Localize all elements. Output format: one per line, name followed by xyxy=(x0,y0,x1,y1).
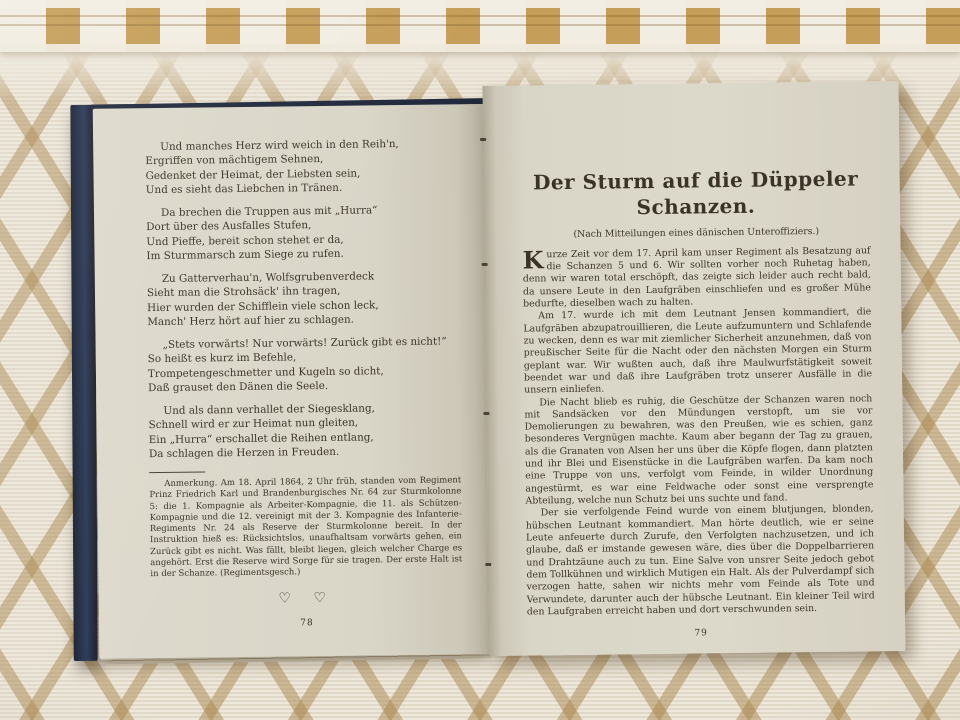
chapter-title: Der Sturm auf die Düppeler Schanzen. xyxy=(521,165,870,222)
poem: Und manches Herz wird weich in den Reih'… xyxy=(145,136,461,461)
drop-cap: K xyxy=(522,249,546,270)
open-book: Und manches Herz wird weich in den Reih'… xyxy=(64,79,909,673)
poem-stanza: Und als dann verhallet der Siegesklang, … xyxy=(148,400,461,461)
left-page: Und manches Herz wird weich in den Reih'… xyxy=(93,104,490,659)
body-paragraph: Der sie verfolgende Feind wurde von eine… xyxy=(526,504,875,619)
gutter-stitch xyxy=(483,412,489,415)
gutter-stitch xyxy=(480,138,486,141)
body-paragraph: Die Nacht blieb es ruhig, die Geschütze … xyxy=(524,393,873,508)
footnote: Anmerkung. Am 18. April 1864, 2 Uhr früh… xyxy=(149,475,462,580)
right-page-content: Der Sturm auf die Düppeler Schanzen. (Na… xyxy=(482,81,905,656)
poem-stanza: Und manches Herz wird weich in den Reih'… xyxy=(145,136,458,197)
poem-stanza: „Stets vorwärts! Nur vorwärts! Zurück gi… xyxy=(148,334,461,395)
footnote-source: (Regimentsgesch.) xyxy=(220,568,300,579)
gutter-stitch xyxy=(482,263,488,266)
body-paragraph: Am 17. wurde ich mit dem Leutnant Jensen… xyxy=(523,307,872,397)
paragraph-text: urze Zeit vor dem 17. April kam unser Re… xyxy=(523,245,871,309)
hearts-ornament: ♡ ♡ xyxy=(151,588,463,608)
page-number-right: 79 xyxy=(527,626,875,640)
gutter-stitch xyxy=(485,563,491,566)
chapter-subtitle: (Nach Mitteilungen eines dänischen Unter… xyxy=(522,225,870,240)
poem-stanza: Da brechen die Truppen aus mit „Hurra“ D… xyxy=(146,202,459,263)
body-paragraph: Kurze Zeit vor dem 17. April kam unser R… xyxy=(522,245,871,311)
footnote-text: Anmerkung. Am 18. April 1864, 2 Uhr früh… xyxy=(149,475,462,579)
left-page-content: Und manches Herz wird weich in den Reih'… xyxy=(93,104,490,659)
rug-border-stripe xyxy=(0,0,960,52)
poem-stanza: Zu Gatterverhau'n, Wolfsgrubenverdeck Si… xyxy=(147,268,460,329)
right-page: Der Sturm auf die Düppeler Schanzen. (Na… xyxy=(482,81,905,656)
photo-scene: Und manches Herz wird weich in den Reih'… xyxy=(0,0,960,720)
page-number-left: 78 xyxy=(151,616,463,630)
footnote-separator xyxy=(149,471,205,473)
